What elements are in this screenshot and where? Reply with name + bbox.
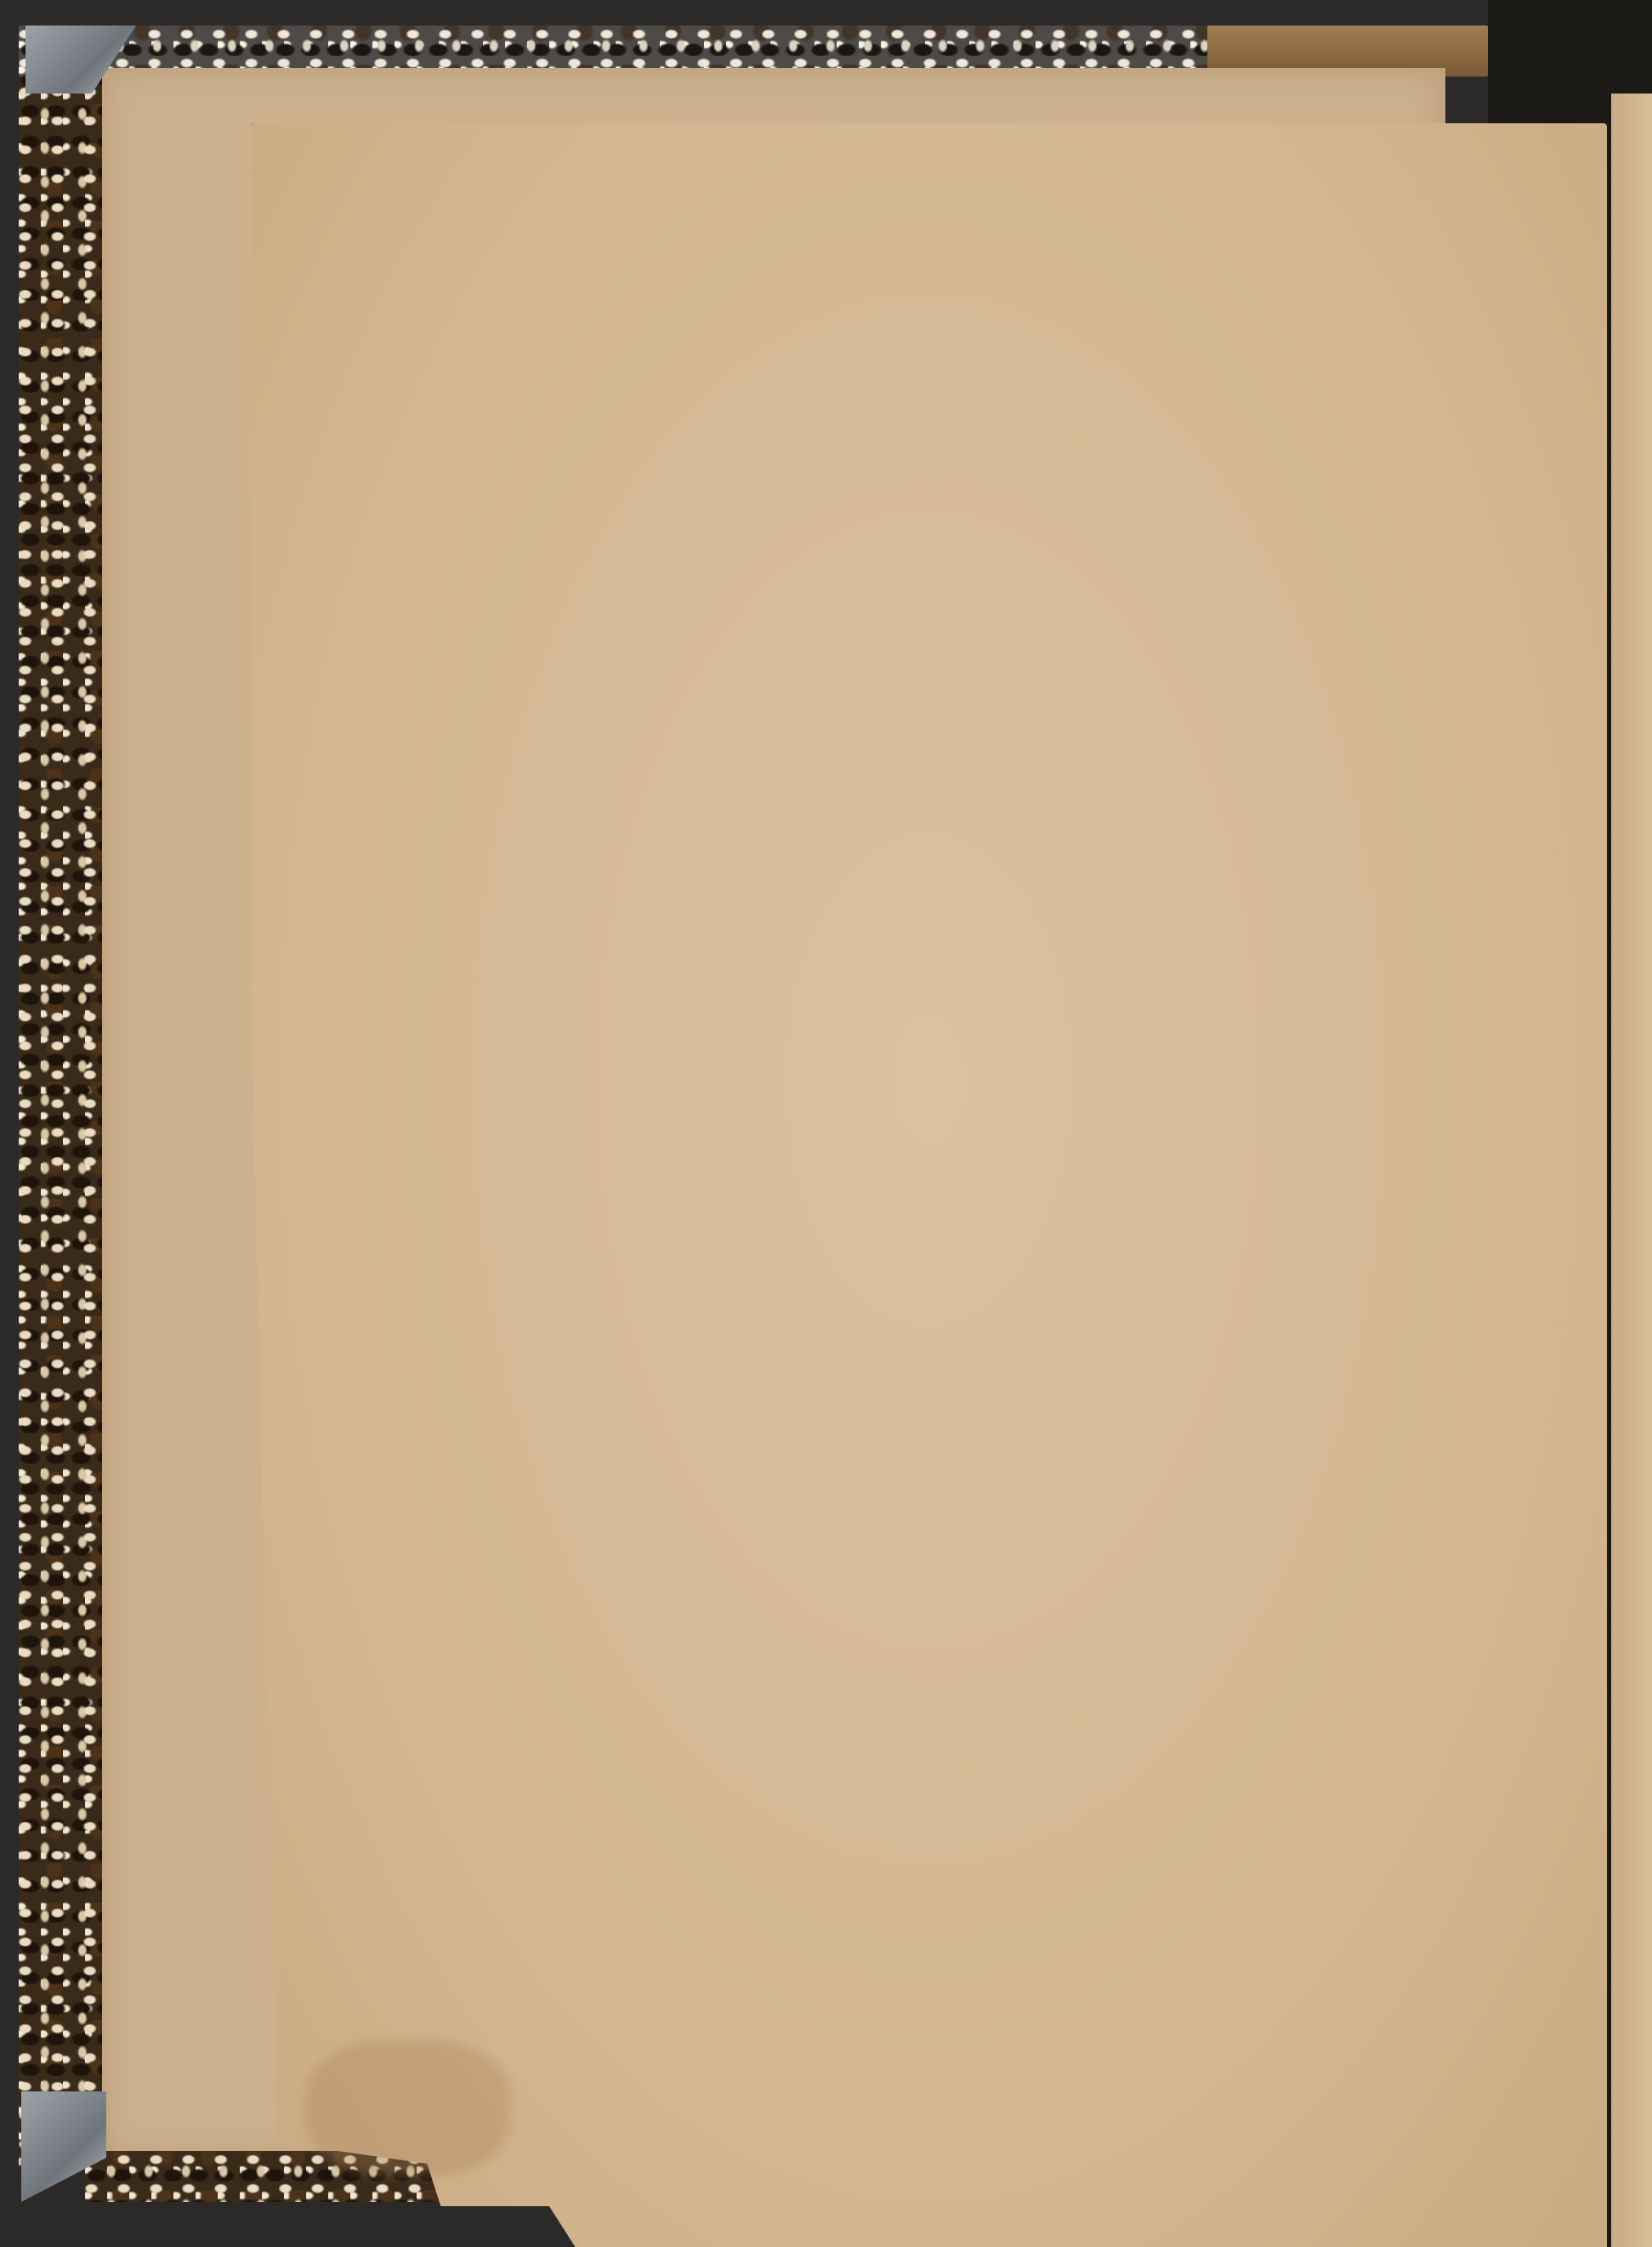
book-scan xyxy=(0,0,1652,2247)
page-stain xyxy=(306,2040,510,2176)
next-page-edge xyxy=(1611,94,1652,2247)
blank-page xyxy=(251,123,1607,2247)
